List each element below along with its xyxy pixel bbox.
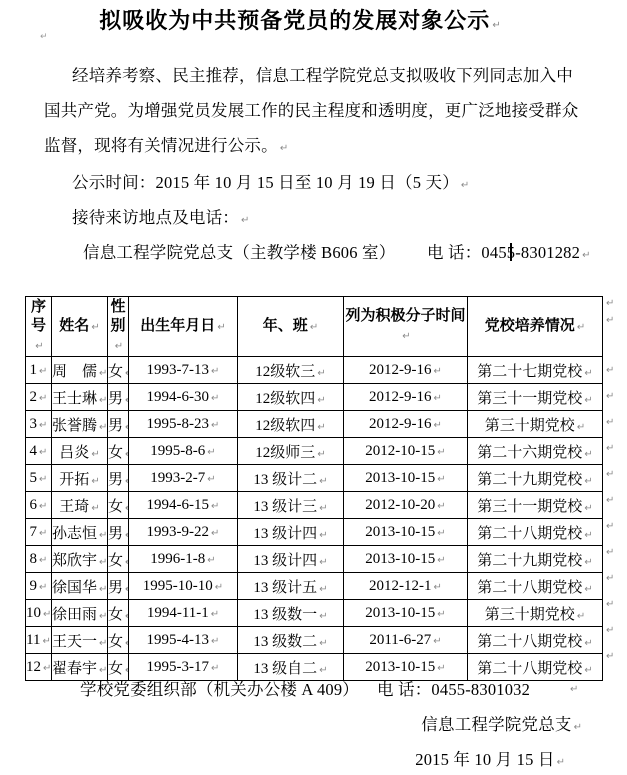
cell-seq: 3↵ [26, 411, 52, 438]
cell-mark-icon: ↵ [99, 530, 107, 541]
cell-mark-icon: ↵ [584, 368, 592, 379]
row-end-mark: ↵↵ [606, 296, 624, 357]
row-end-mark: ↵ [606, 643, 624, 669]
cell-mark-icon: ↵ [211, 528, 219, 539]
cell-mark-icon: ↵ [437, 474, 445, 485]
table-row: 6↵ 王琦↵ 女↵ 1994-6-15↵ 13 级计三↵ 2012-10-20↵… [26, 492, 603, 519]
cell-mark-icon: ↵ [317, 395, 325, 406]
row-end-mark: ↵ [606, 617, 624, 643]
paragraph-mark-icon: ↵ [574, 722, 582, 733]
header-class: 年、班↵ [238, 297, 344, 357]
cell-mark-icon: ↵ [39, 555, 47, 566]
cell-mark-icon: ↵ [91, 322, 99, 333]
document-page: 拟吸收为中共预备党员的发展对象公示↵ ↵ 经培养考察、民主推荐，信息工程学院党总… [0, 0, 627, 775]
row-end-mark-icon: ↵ [606, 443, 614, 454]
cell-mark-icon: ↵ [437, 555, 445, 566]
row-end-mark-icon: ↵ [606, 573, 614, 584]
cell-seq: 7↵ [26, 519, 52, 546]
cell-class: 13 级数二↵ [238, 627, 344, 654]
cell-active-date: 2011-6-27↵ [344, 627, 468, 654]
cell-gender: 女↵ [108, 438, 129, 465]
cell-gender: 女↵ [108, 357, 129, 384]
row-end-mark-icon: ↵ [606, 625, 614, 636]
cell-active-date: 2013-10-15↵ [344, 600, 468, 627]
row-end-mark: ↵ [606, 539, 624, 565]
publicity-time-text: 公示时间：2015 年 10 月 15 日至 10 月 19 日（5 天） [72, 173, 459, 192]
contact-line: 信息工程学院党总支（主教学楼 B606 室） 电 话：0455-8301282↵ [44, 235, 627, 270]
cell-mark-icon: ↵ [211, 393, 219, 404]
footer-office-line: 学校党委组织部（机关办公楼 A 409） 电 话：0455-8301032 ↵ [0, 672, 627, 707]
row-end-mark-icon: ↵ [606, 495, 614, 506]
row-end-mark-icon: ↵ [606, 651, 614, 662]
cell-mark-icon: ↵ [99, 557, 107, 568]
cell-mark-icon: ↵ [39, 447, 47, 458]
header-name: 姓名↵ [52, 297, 108, 357]
cell-mark-icon: ↵ [99, 611, 107, 622]
cell-birth: 1995-10-10↵ [129, 573, 238, 600]
row-end-mark: ↵ [606, 357, 624, 383]
cell-mark-icon: ↵ [434, 582, 442, 593]
cell-class: 13 级数一↵ [238, 600, 344, 627]
cell-active-date: 2013-10-15↵ [344, 465, 468, 492]
cell-mark-icon: ↵ [39, 501, 47, 512]
cell-class: 12级软四↵ [238, 411, 344, 438]
cell-mark-icon: ↵ [115, 341, 123, 352]
cell-active-date: 2013-10-15↵ [344, 519, 468, 546]
row-end-mark: ↵ [606, 513, 624, 539]
cell-birth: 1996-1-8↵ [129, 546, 238, 573]
cell-mark-icon: ↵ [584, 530, 592, 541]
table-row: 2↵ 王士琳↵ 男↵ 1994-6-30↵ 12级软四↵ 2012-9-16↵ … [26, 384, 603, 411]
cell-mark-icon: ↵ [125, 395, 128, 406]
cell-mark-icon: ↵ [577, 611, 585, 622]
table-header-row: 序号↵ 姓名↵ 性别↵ 出生年月日↵ 年、班↵ 列为积极分子时间↵ 党校培养情况… [26, 297, 603, 357]
cell-gender: 女↵ [108, 600, 129, 627]
cell-mark-icon: ↵ [215, 582, 223, 593]
cell-class: 12级师三↵ [238, 438, 344, 465]
cell-mark-icon: ↵ [39, 366, 47, 377]
cell-mark-icon: ↵ [433, 636, 441, 647]
table-row: 10↵ 徐田雨↵ 女↵ 1994-11-1↵ 13 级数一↵ 2013-10-1… [26, 600, 603, 627]
cell-mark-icon: ↵ [211, 609, 219, 620]
cell-mark-icon: ↵ [317, 368, 325, 379]
cell-mark-icon: ↵ [434, 366, 442, 377]
publicity-time-line: 公示时间：2015 年 10 月 15 日至 10 月 19 日（5 天）↵ [44, 165, 469, 200]
paragraph-mark-icon: ↵ [582, 250, 590, 261]
cell-mark-icon: ↵ [125, 611, 128, 622]
cell-active-date: 2013-10-15↵ [344, 546, 468, 573]
cell-class: 13 级计二↵ [238, 465, 344, 492]
table-row: 11↵ 王天一↵ 女↵ 1995-4-13↵ 13 级数二↵ 2011-6-27… [26, 627, 603, 654]
cell-mark-icon: ↵ [319, 476, 327, 487]
cell-school: 第三十期党校↵ [468, 600, 603, 627]
cell-mark-icon: ↵ [584, 395, 592, 406]
row-end-mark-icon: ↵ [606, 521, 614, 532]
header-birth: 出生年月日↵ [129, 297, 238, 357]
cell-mark-icon: ↵ [125, 584, 128, 595]
signature-text: 信息工程学院党总支 [421, 715, 571, 734]
cell-birth: 1993-9-22↵ [129, 519, 238, 546]
cell-mark-icon: ↵ [39, 528, 47, 539]
row-end-mark-icon: ↵ [606, 469, 614, 480]
cell-seq: 2↵ [26, 384, 52, 411]
cell-active-date: 2012-9-16↵ [344, 357, 468, 384]
cell-birth: 1994-6-15↵ [129, 492, 238, 519]
table-row: 5↵ 开拓↵ 男↵ 1993-2-7↵ 13 级计二↵ 2013-10-15↵ … [26, 465, 603, 492]
row-end-mark: ↵ [606, 565, 624, 591]
cell-seq: 11↵ [26, 627, 52, 654]
cell-mark-icon: ↵ [39, 474, 47, 485]
cell-mark-icon: ↵ [125, 503, 128, 514]
paragraph-mark-icon: ↵ [241, 215, 249, 226]
cell-school: 第二十九期党校↵ [468, 465, 603, 492]
row-end-mark-icon: ↵ [606, 599, 614, 610]
cell-class: 13 级计四↵ [238, 519, 344, 546]
candidate-table: 序号↵ 姓名↵ 性别↵ 出生年月日↵ 年、班↵ 列为积极分子时间↵ 党校培养情况… [25, 296, 603, 681]
cell-name: 王琦↵ [52, 492, 108, 519]
cell-birth: 1994-6-30↵ [129, 384, 238, 411]
cell-class: 13 级计五↵ [238, 573, 344, 600]
row-end-mark: ↵ [606, 435, 624, 461]
cell-mark-icon: ↵ [437, 609, 445, 620]
cell-mark-icon: ↵ [584, 584, 592, 595]
cell-mark-icon: ↵ [43, 609, 51, 620]
cell-school: 第三十一期党校↵ [468, 384, 603, 411]
contact-phone-text: 电 话：0455-8301282 [427, 243, 580, 262]
row-end-mark-icon: ↵ [606, 417, 614, 428]
cell-school: 第二十六期党校↵ [468, 438, 603, 465]
cell-mark-icon: ↵ [125, 530, 128, 541]
header-school: 党校培养情况↵ [468, 297, 603, 357]
reception-line: 接待来访地点及电话：↵ [44, 200, 249, 235]
cell-mark-icon: ↵ [437, 447, 445, 458]
cell-mark-icon: ↵ [125, 368, 128, 379]
cell-mark-icon: ↵ [577, 422, 585, 433]
cell-gender: 男↵ [108, 465, 129, 492]
text-cursor [510, 243, 512, 261]
cell-mark-icon: ↵ [402, 331, 410, 342]
cell-mark-icon: ↵ [99, 638, 107, 649]
cell-gender: 女↵ [108, 627, 129, 654]
cell-mark-icon: ↵ [211, 366, 219, 377]
contact-location-text: 信息工程学院党总支（主教学楼 B606 室） [83, 243, 395, 262]
row-end-mark-icon: ↵ [606, 365, 614, 376]
cell-gender: 男↵ [108, 519, 129, 546]
cell-school: 第二十八期党校↵ [468, 519, 603, 546]
row-end-mark-icon: ↵ [606, 298, 614, 309]
cell-birth: 1995-8-6↵ [129, 438, 238, 465]
cell-name: 王士琳↵ [52, 384, 108, 411]
cell-seq: 8↵ [26, 546, 52, 573]
cell-class: 12级软四↵ [238, 384, 344, 411]
row-end-mark: ↵ [606, 383, 624, 409]
cell-name: 张誉腾↵ [52, 411, 108, 438]
table-row: 4↵ 吕炎↵ 女↵ 1995-8-6↵ 12级师三↵ 2012-10-15↵ 第… [26, 438, 603, 465]
cell-school: 第二十七期党校↵ [468, 357, 603, 384]
paragraph-mark-icon: ↵ [570, 672, 578, 707]
cell-gender: 男↵ [108, 384, 129, 411]
table-row: 3↵ 张誉腾↵ 男↵ 1995-8-23↵ 12级软四↵ 2012-9-16↵ … [26, 411, 603, 438]
cell-name: 吕炎↵ [52, 438, 108, 465]
cell-mark-icon: ↵ [434, 420, 442, 431]
cell-seq: 4↵ [26, 438, 52, 465]
cell-mark-icon: ↵ [584, 476, 592, 487]
page-title-text: 拟吸收为中共预备党员的发展对象公示 [99, 8, 490, 33]
cell-mark-icon: ↵ [39, 393, 47, 404]
page-title: 拟吸收为中共预备党员的发展对象公示↵ [0, 6, 600, 36]
cell-mark-icon: ↵ [125, 422, 128, 433]
cell-active-date: 2012-10-20↵ [344, 492, 468, 519]
contact-phone-group: 电 话：0455-8301282↵ [427, 235, 590, 273]
paragraph-mark-icon: ↵ [280, 143, 288, 154]
table-row-end-marks: ↵↵ ↵ ↵ ↵ ↵ ↵ ↵ ↵ ↵ ↵ ↵ ↵ ↵ [606, 296, 624, 669]
row-end-mark: ↵ [606, 591, 624, 617]
cell-mark-icon: ↵ [437, 528, 445, 539]
cell-mark-icon: ↵ [99, 395, 107, 406]
cell-mark-icon: ↵ [207, 474, 215, 485]
empty-paragraph-mark-icon: ↵ [40, 32, 48, 42]
cell-mark-icon: ↵ [125, 449, 128, 460]
cell-mark-icon: ↵ [310, 322, 318, 333]
cell-seq: 5↵ [26, 465, 52, 492]
cell-mark-icon: ↵ [35, 341, 43, 352]
row-end-mark-icon: ↵ [606, 547, 614, 558]
cell-mark-icon: ↵ [319, 584, 327, 595]
cell-mark-icon: ↵ [577, 322, 585, 333]
paragraph-mark-icon: ↵ [492, 20, 500, 31]
cell-seq: 10↵ [26, 600, 52, 627]
cell-name: 周 儒↵ [52, 357, 108, 384]
cell-seq: 6↵ [26, 492, 52, 519]
cell-mark-icon: ↵ [99, 368, 107, 379]
cell-mark-icon: ↵ [319, 638, 327, 649]
cell-gender: 女↵ [108, 546, 129, 573]
cell-name: 徐国华↵ [52, 573, 108, 600]
cell-class: 13 级计四↵ [238, 546, 344, 573]
cell-name: 开拓↵ [52, 465, 108, 492]
header-active-date: 列为积极分子时间↵ [344, 297, 468, 357]
cell-mark-icon: ↵ [207, 447, 215, 458]
date-line: 2015 年 10 月 15 日↵ [415, 742, 565, 775]
cell-mark-icon: ↵ [91, 503, 99, 514]
row-end-mark: ↵ [606, 409, 624, 435]
cell-mark-icon: ↵ [125, 557, 128, 568]
cell-mark-icon: ↵ [317, 422, 325, 433]
cell-active-date: 2012-12-1↵ [344, 573, 468, 600]
row-end-mark: ↵ [606, 487, 624, 513]
footer-office-text: 学校党委组织部（机关办公楼 A 409） [80, 672, 359, 707]
cell-mark-icon: ↵ [211, 636, 219, 647]
cell-birth: 1995-4-13↵ [129, 627, 238, 654]
paragraph-mark-icon: ↵ [557, 757, 565, 768]
cell-birth: 1993-7-13↵ [129, 357, 238, 384]
row-end-mark-icon: ↵ [606, 391, 614, 402]
cell-gender: 女↵ [108, 492, 129, 519]
cell-mark-icon: ↵ [211, 420, 219, 431]
table-row: 1↵ 周 儒↵ 女↵ 1993-7-13↵ 12级软三↵ 2012-9-16↵ … [26, 357, 603, 384]
cell-mark-icon: ↵ [99, 584, 107, 595]
cell-mark-icon: ↵ [125, 476, 128, 487]
table-row: 7↵ 孙志恒↵ 男↵ 1993-9-22↵ 13 级计四↵ 2013-10-15… [26, 519, 603, 546]
cell-mark-icon: ↵ [584, 638, 592, 649]
cell-name: 孙志恒↵ [52, 519, 108, 546]
cell-birth: 1995-8-23↵ [129, 411, 238, 438]
cell-birth: 1994-11-1↵ [129, 600, 238, 627]
cell-seq: 9↵ [26, 573, 52, 600]
intro-text: 经培养考察、民主推荐，信息工程学院党总支拟吸收下列同志加入中 国共产党。为增强党… [44, 66, 578, 155]
cell-mark-icon: ↵ [207, 555, 215, 566]
cell-school: 第二十九期党校↵ [468, 546, 603, 573]
signature-line: 信息工程学院党总支↵ [421, 707, 582, 742]
cell-mark-icon: ↵ [99, 422, 107, 433]
cell-mark-icon: ↵ [584, 503, 592, 514]
cell-active-date: 2012-9-16↵ [344, 384, 468, 411]
header-gender: 性别↵ [108, 297, 129, 357]
cell-mark-icon: ↵ [319, 611, 327, 622]
cell-mark-icon: ↵ [39, 420, 47, 431]
cell-name: 郑欣宇↵ [52, 546, 108, 573]
reception-text: 接待来访地点及电话： [72, 208, 239, 227]
cell-mark-icon: ↵ [125, 638, 128, 649]
row-end-mark: ↵ [606, 461, 624, 487]
cell-seq: 1↵ [26, 357, 52, 384]
cell-name: 王天一↵ [52, 627, 108, 654]
date-text: 2015 年 10 月 15 日 [415, 750, 554, 769]
cell-mark-icon: ↵ [91, 449, 99, 460]
cell-school: 第二十八期党校↵ [468, 627, 603, 654]
cell-mark-icon: ↵ [437, 501, 445, 512]
cell-school: 第二十八期党校↵ [468, 573, 603, 600]
cell-gender: 男↵ [108, 573, 129, 600]
cell-mark-icon: ↵ [217, 322, 225, 333]
paragraph-mark-icon: ↵ [461, 180, 469, 191]
cell-mark-icon: ↵ [319, 557, 327, 568]
cell-mark-icon: ↵ [91, 476, 99, 487]
cell-mark-icon: ↵ [43, 636, 51, 647]
header-seq: 序号↵ [26, 297, 52, 357]
cell-mark-icon: ↵ [434, 393, 442, 404]
cell-school: 第三十一期党校↵ [468, 492, 603, 519]
cell-mark-icon: ↵ [584, 557, 592, 568]
cell-mark-icon: ↵ [317, 449, 325, 460]
cell-class: 12级软三↵ [238, 357, 344, 384]
cell-mark-icon: ↵ [211, 501, 219, 512]
cell-name: 徐田雨↵ [52, 600, 108, 627]
cell-class: 13 级计三↵ [238, 492, 344, 519]
cell-active-date: 2012-9-16↵ [344, 411, 468, 438]
cell-mark-icon: ↵ [584, 449, 592, 460]
intro-paragraph: 经培养考察、民主推荐，信息工程学院党总支拟吸收下列同志加入中 国共产党。为增强党… [44, 58, 592, 166]
cell-mark-icon: ↵ [319, 503, 327, 514]
cell-mark-icon: ↵ [39, 582, 47, 593]
cell-gender: 男↵ [108, 411, 129, 438]
cell-school: 第三十期党校↵ [468, 411, 603, 438]
row-end-mark-icon: ↵ [606, 315, 614, 326]
cell-active-date: 2012-10-15↵ [344, 438, 468, 465]
cell-birth: 1993-2-7↵ [129, 465, 238, 492]
footer-phone-text: 电 话：0455-8301032 [377, 672, 530, 707]
cell-mark-icon: ↵ [319, 530, 327, 541]
table-row: 8↵ 郑欣宇↵ 女↵ 1996-1-8↵ 13 级计四↵ 2013-10-15↵… [26, 546, 603, 573]
table-row: 9↵ 徐国华↵ 男↵ 1995-10-10↵ 13 级计五↵ 2012-12-1… [26, 573, 603, 600]
